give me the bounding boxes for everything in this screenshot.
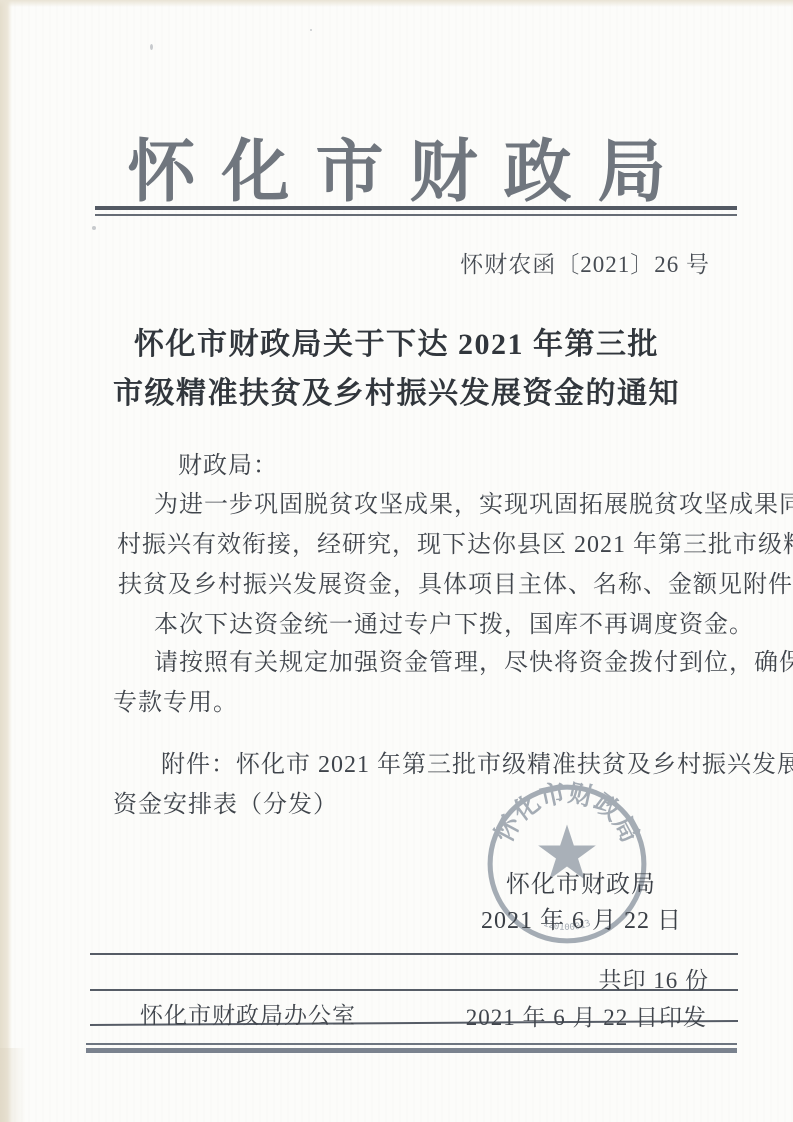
- colophon-issue-date: 2021 年 6 月 22 日印发: [466, 999, 707, 1032]
- paragraph-3-line-1: 请按照有关规定加强资金管理，尽快将资金拨付到位，确保: [154, 649, 793, 678]
- colophon-copies: 共印 16 份: [599, 962, 710, 995]
- paragraph-2: 本次下达资金统一通过专户下拨，国库不再调度资金。: [154, 611, 754, 640]
- letterhead-rule-thin: [95, 214, 737, 216]
- letterhead-rule-thick: [95, 206, 737, 210]
- page-end-rule-thin: [86, 1043, 737, 1045]
- paragraph-3-line-2: 专款专用。: [113, 689, 238, 718]
- colophon-issuer: 怀化市财政局办公室: [140, 997, 356, 1030]
- scanned-document-page: 怀化市财政局 怀财农函〔2021〕26 号 怀化市财政局关于下达 2021 年第…: [0, 0, 793, 1122]
- attachment-line-2: 资金安排表（分发）: [113, 791, 338, 820]
- document-title-line-2: 市级精准扶贫及乡村振兴发展资金的通知: [0, 369, 793, 418]
- paragraph-1-line-3: 扶贫及乡村振兴发展资金，具体项目主体、名称、金额见附件。: [118, 571, 793, 600]
- letterhead-org-name: 怀化市财政局: [0, 118, 793, 215]
- document-number: 怀财农函〔2021〕26 号: [460, 246, 710, 279]
- document-title-line-1: 怀化市财政局关于下达 2021 年第三批: [0, 320, 793, 369]
- colophon-rule-top: [90, 953, 738, 955]
- attachment-line-1: 附件：怀化市 2021 年第三批市级精准扶贫及乡村振兴发展: [161, 751, 793, 780]
- paragraph-1-line-2: 村振兴有效衔接，经研究，现下达你县区 2021 年第三批市级精准: [117, 531, 793, 560]
- page-end-rule-thick: [86, 1048, 737, 1053]
- salutation: 财政局：: [178, 452, 278, 481]
- scan-speck: [92, 226, 96, 230]
- scan-speck: [150, 44, 153, 50]
- signature-org: 怀化市财政局: [506, 864, 656, 899]
- scan-speck: [310, 29, 312, 31]
- document-title: 怀化市财政局关于下达 2021 年第三批 市级精准扶贫及乡村振兴发展资金的通知: [0, 320, 793, 418]
- signature-date: 2021 年 6 月 22 日: [481, 900, 682, 935]
- paragraph-1-line-1: 为进一步巩固脱贫攻坚成果，实现巩固拓展脱贫攻坚成果同乡: [154, 491, 793, 520]
- scan-edge-corner: [0, 1048, 26, 1122]
- scan-edge-top: [0, 0, 793, 7]
